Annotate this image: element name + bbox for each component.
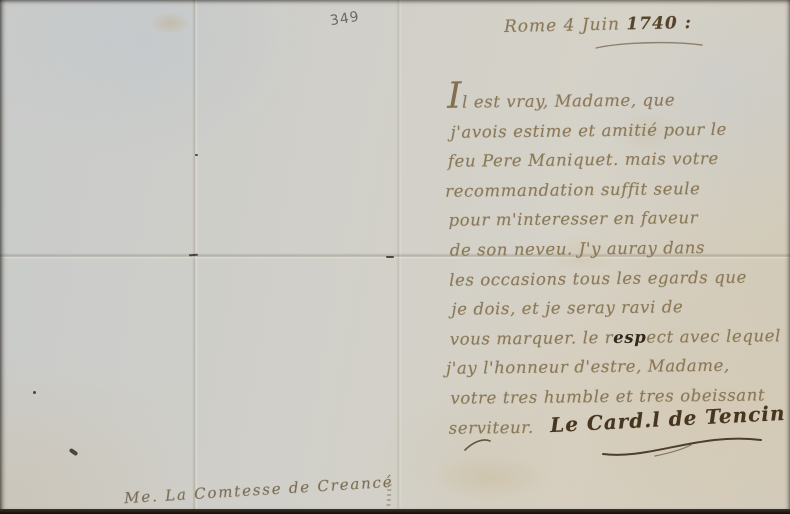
letter-photo: 349 Rome 4 Juin 1740 : Il est vray, Mada… xyxy=(0,0,790,514)
body-line: recommandation suffit seule xyxy=(445,173,778,206)
ink-speck xyxy=(195,154,198,156)
body-line: j'ay l'honneur d'estre, Madame, xyxy=(446,351,780,384)
body-line: j'avois estime et amitié pour le xyxy=(450,114,777,147)
body-line: Il est vray, Madame, que xyxy=(447,84,777,117)
body-line: de son neveu. J'y auray dans xyxy=(450,232,779,265)
dateline: Rome 4 Juin 1740 : xyxy=(504,13,692,37)
letter-body: Il est vray, Madame, que j'avois estime … xyxy=(447,84,781,443)
date-underline-flourish xyxy=(594,39,706,51)
respect-before: vous marquer. le r xyxy=(450,328,614,349)
dateline-place: Rome 4 Juin xyxy=(504,15,620,37)
dateline-year: 1740 : xyxy=(626,13,692,34)
body-line: pour m'interesser en faveur xyxy=(448,203,778,236)
body-line: je dois, et je seray ravi de xyxy=(451,291,779,324)
photo-edge-bottom xyxy=(0,509,790,514)
body-line: les occasions tous les egards que xyxy=(449,262,779,295)
respect-after: ect avec lequel xyxy=(646,326,781,346)
ink-speck xyxy=(33,391,36,394)
respect-retouched-ink: esp xyxy=(613,327,646,346)
body-line-respect: vous marquer. le respect avec lequel xyxy=(450,321,780,354)
body-line: feu Pere Maniquet. mais votre xyxy=(448,143,778,176)
fold-intersection-mark xyxy=(386,256,394,258)
signature-underline-flourish xyxy=(455,429,775,463)
